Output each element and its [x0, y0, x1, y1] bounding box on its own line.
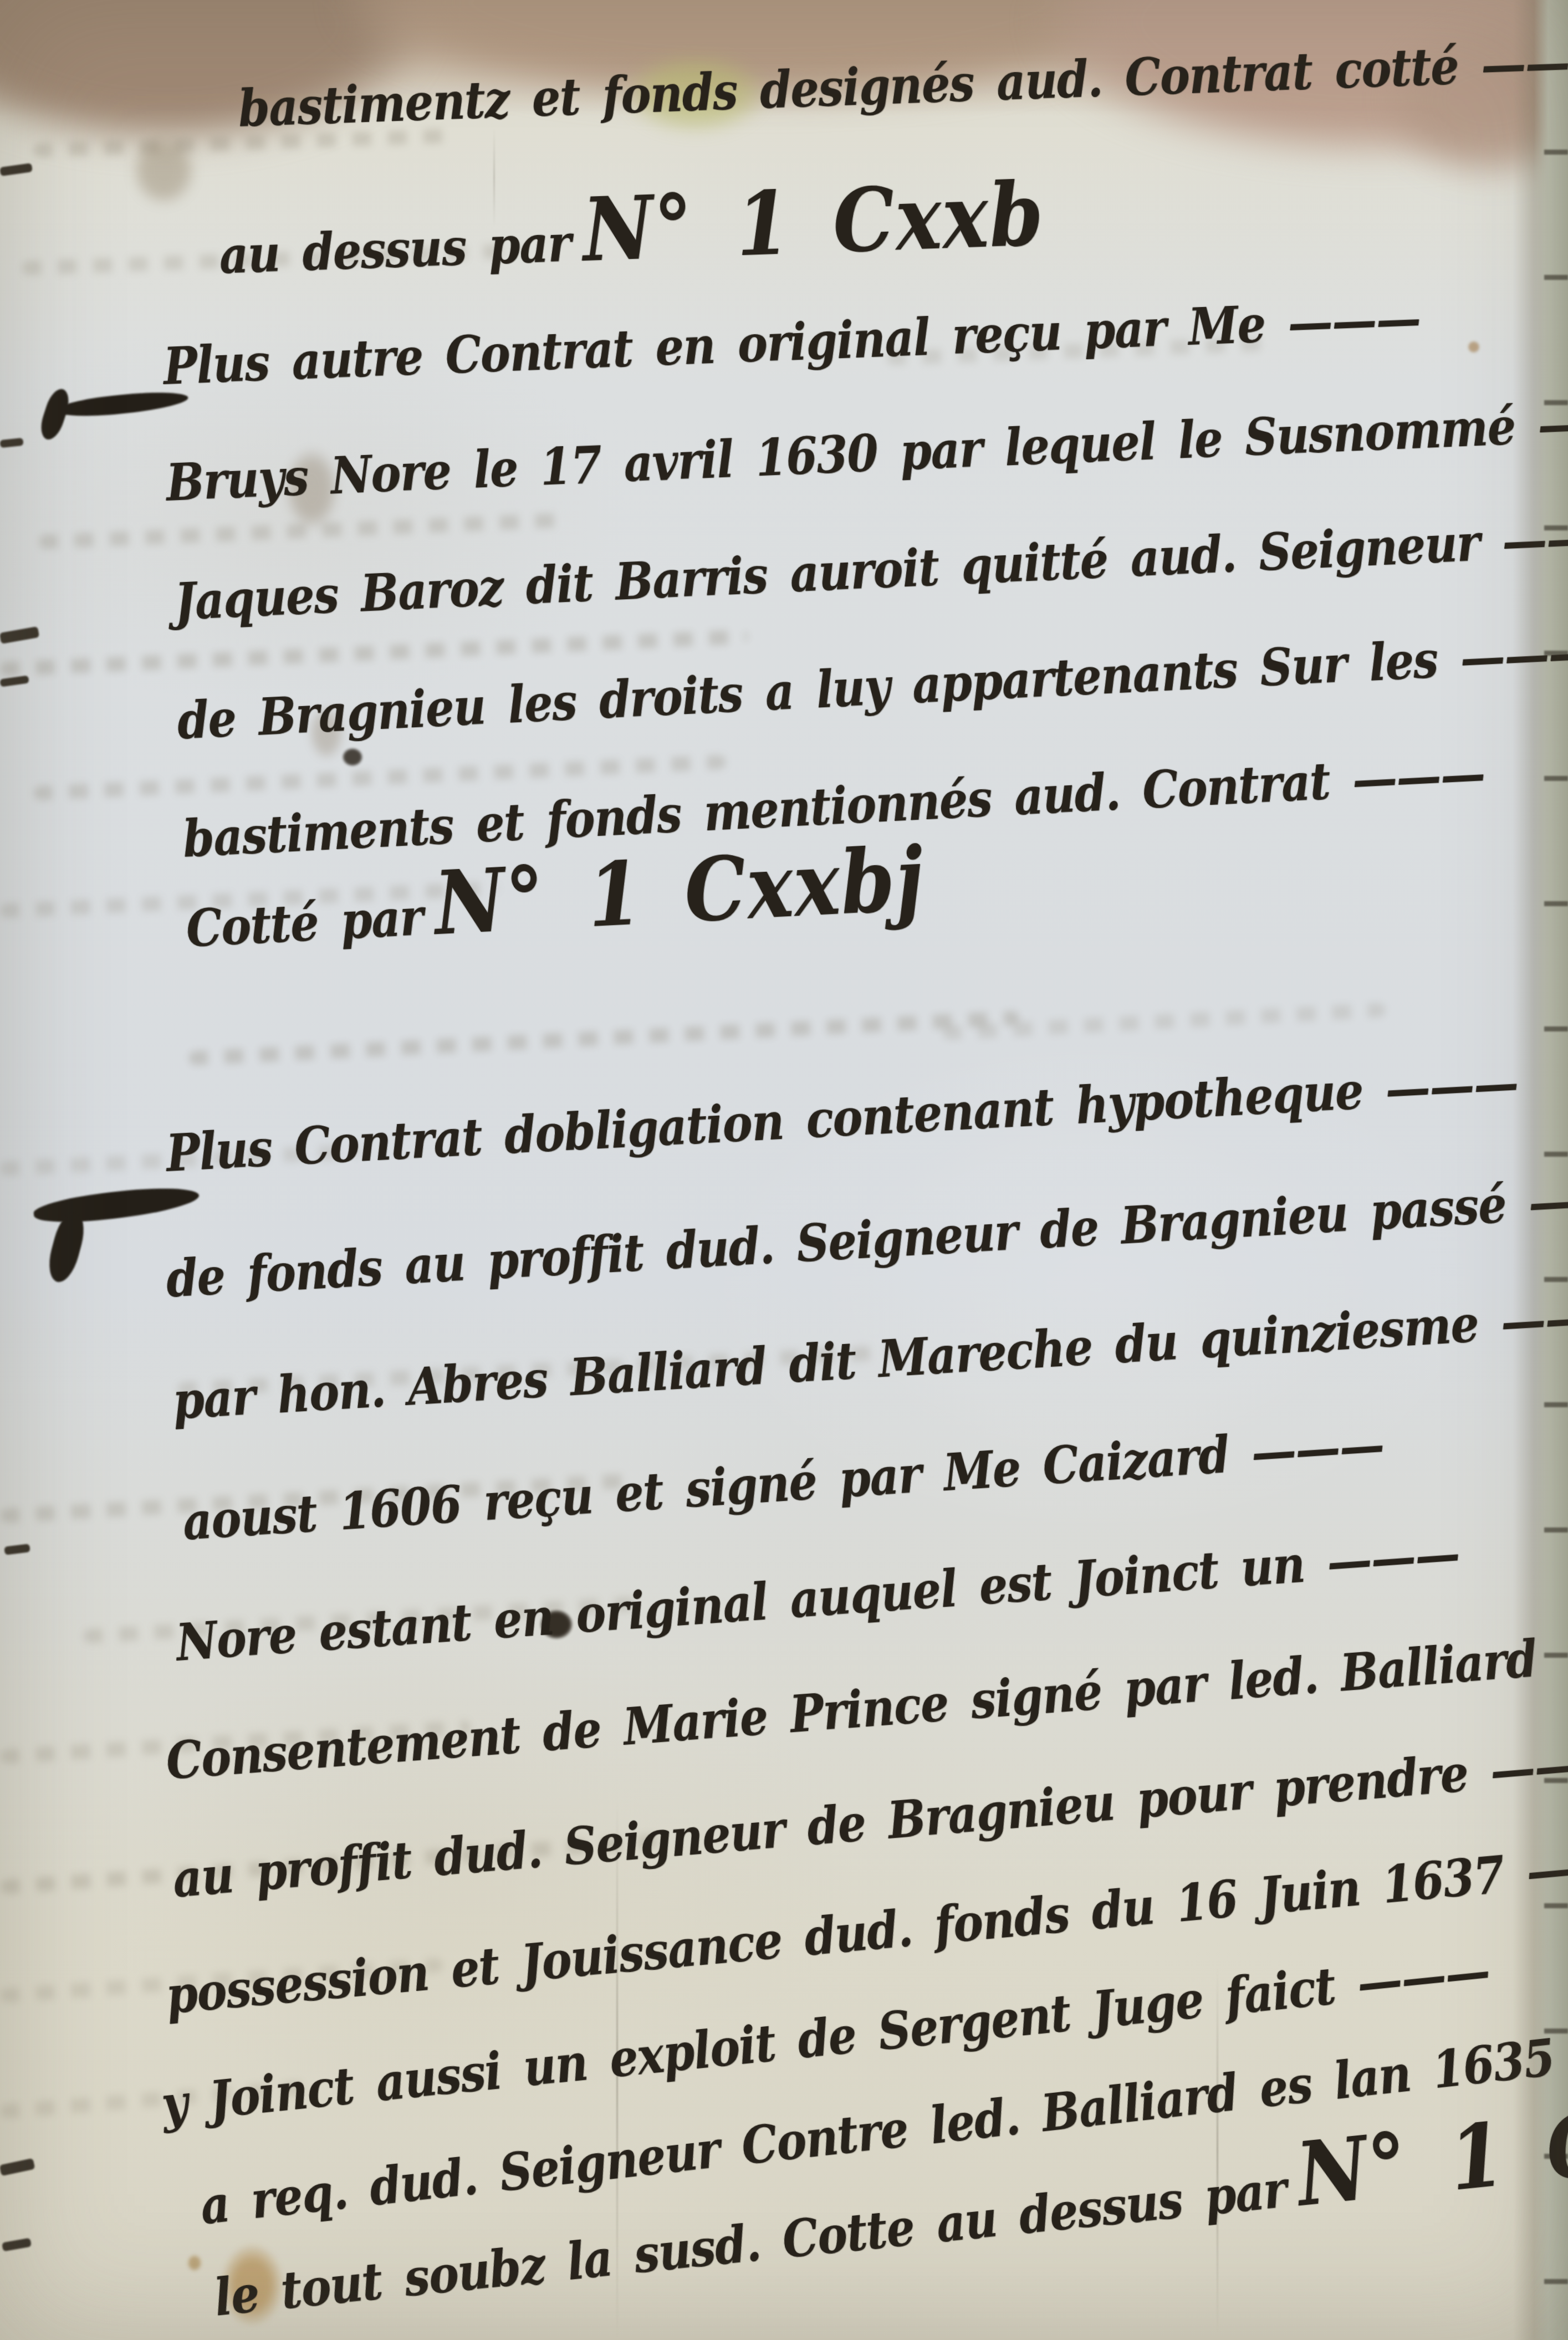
manuscript-photo: bastimentz et fonds designés aud. Contra… [0, 0, 1568, 2340]
photo-vignette [0, 0, 1568, 2340]
